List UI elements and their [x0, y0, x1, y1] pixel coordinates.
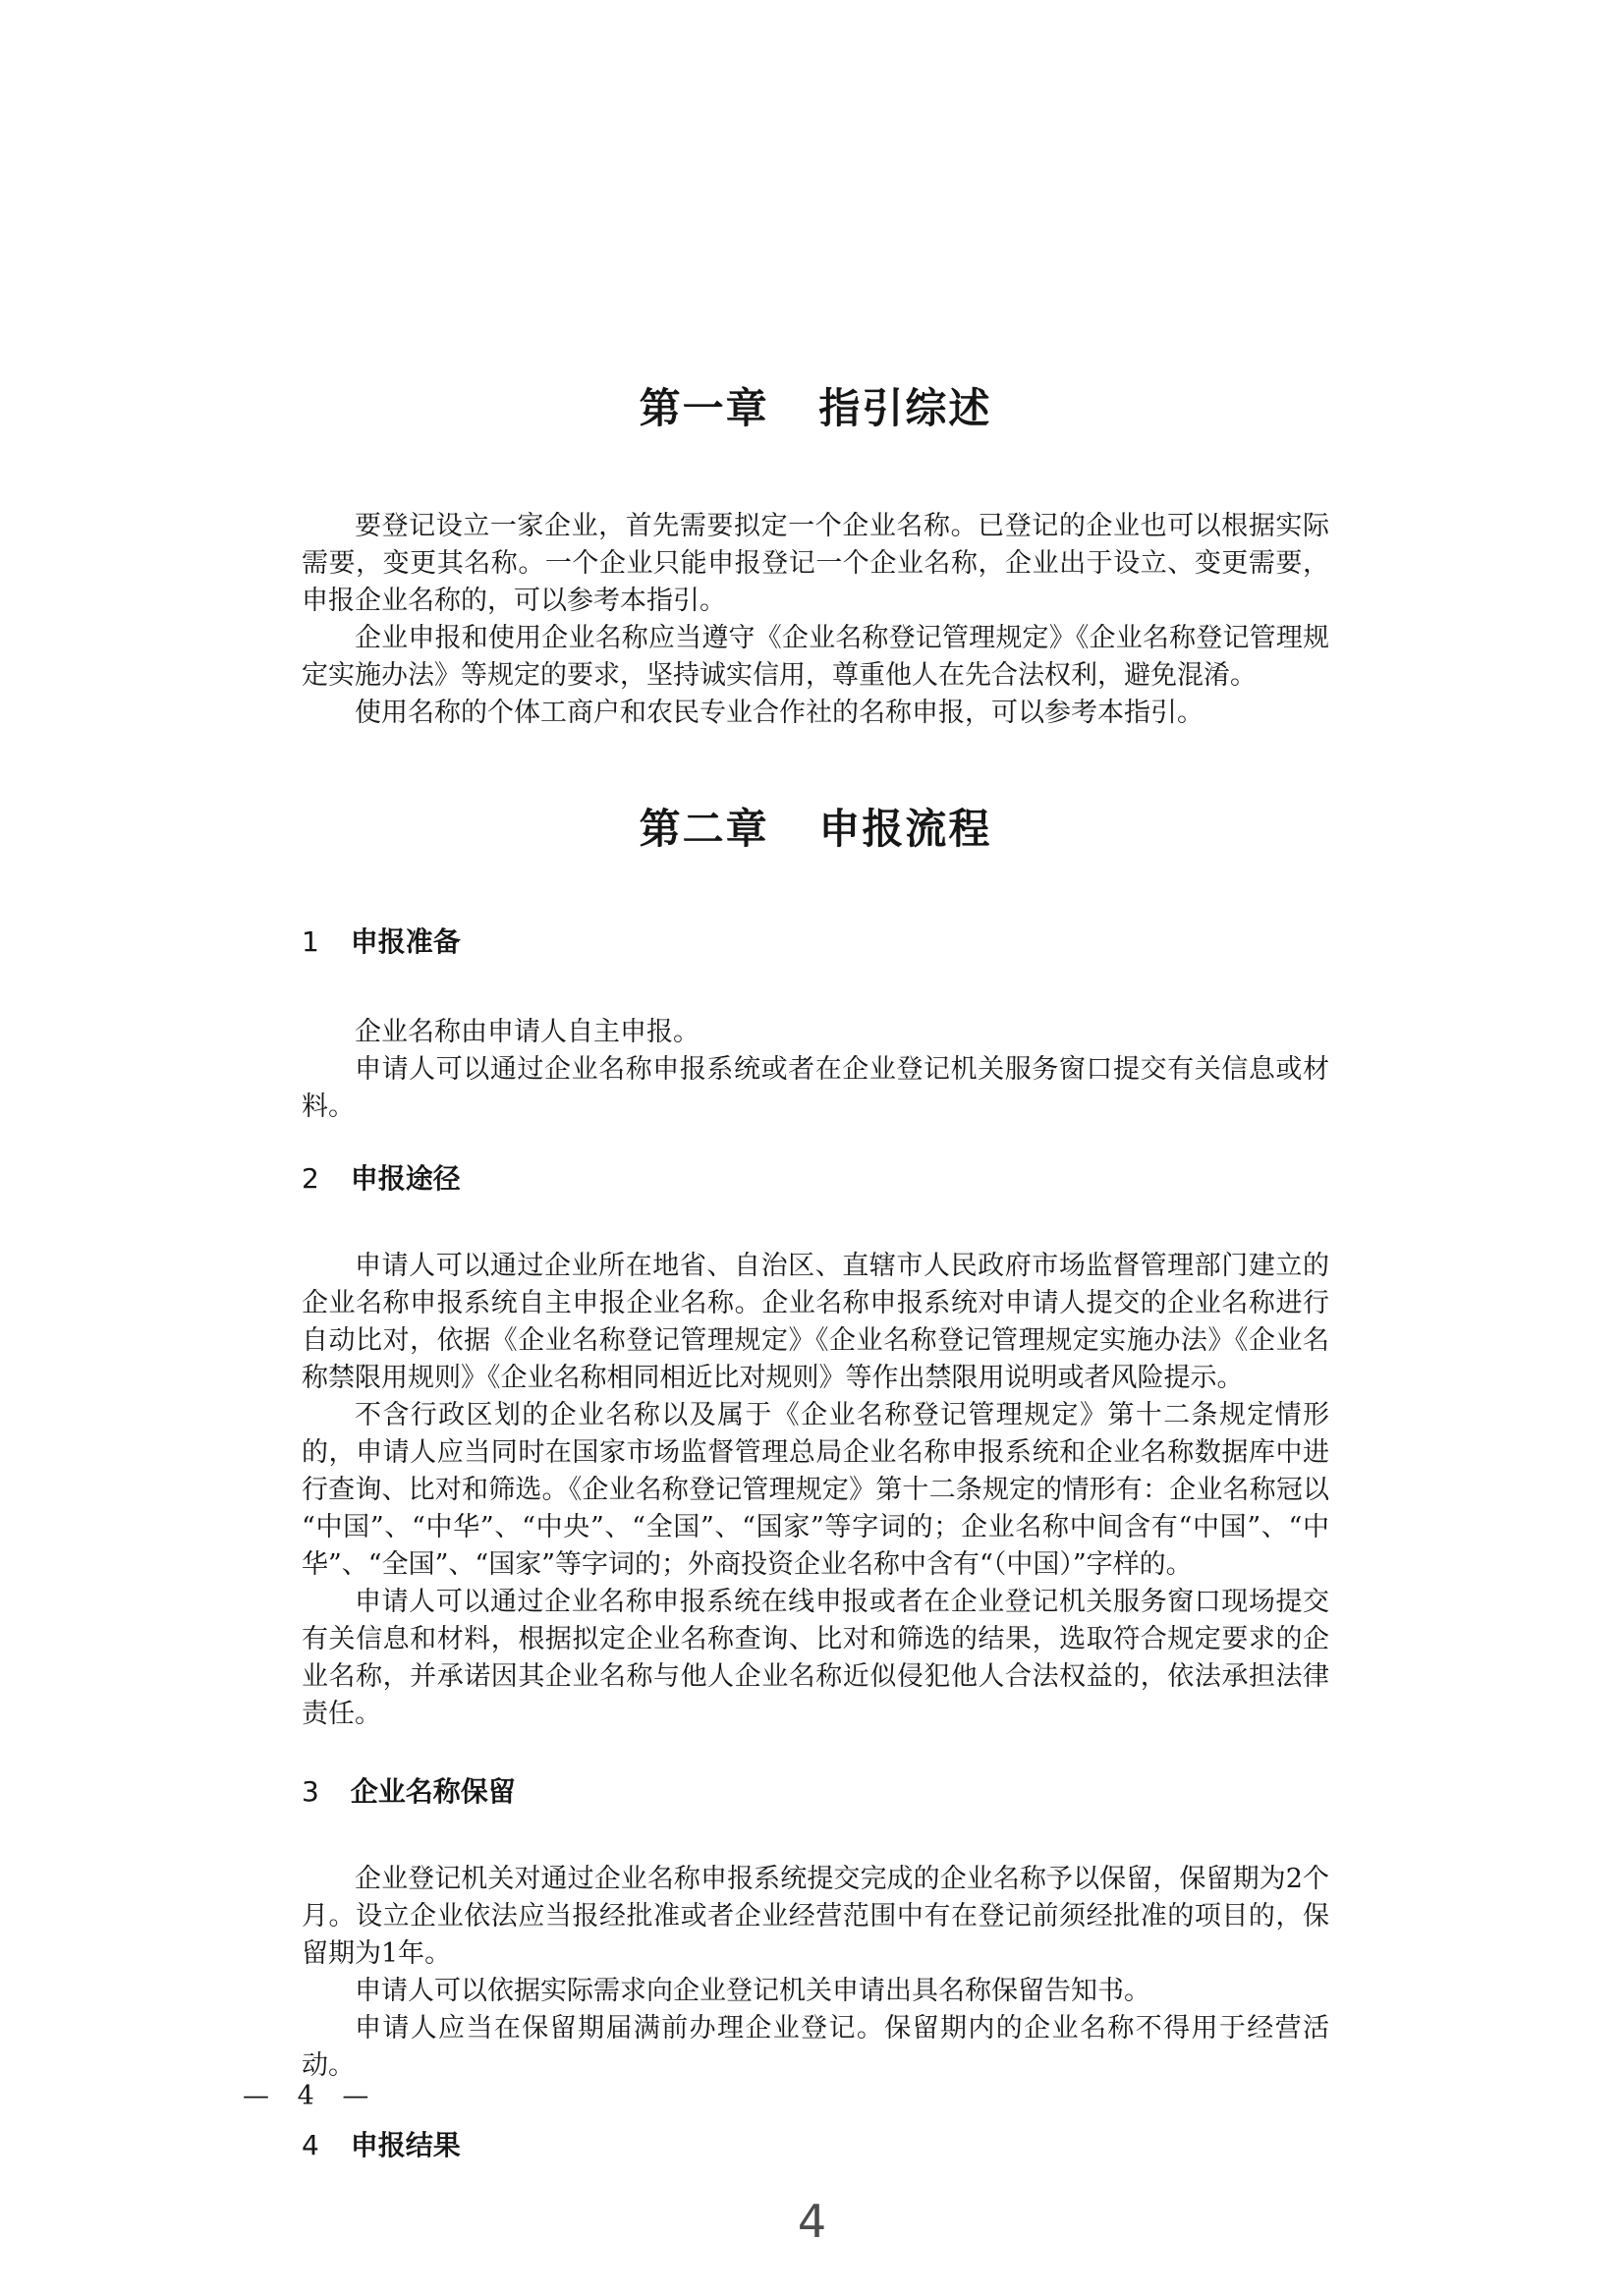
section-2-body: 申请人可以通过企业所在地省、自治区、直辖市人民政府市场监督管理部门建立的企业名称… [302, 1248, 1329, 1733]
page-content: 第一章 指引综述 要登记设立一家企业，首先需要拟定一个企业名称。已登记的企业也可… [302, 0, 1329, 2163]
section-3-body: 企业登记机关对通过企业名称申报系统提交完成的企业名称予以保留，保留期为2个月。设… [302, 1861, 1329, 2085]
section-3-title: 企业名称保留 [351, 1775, 516, 1808]
section-heading-2: 2 申报途径 [302, 1161, 1329, 1197]
paragraph: 企业登记机关对通过企业名称申报系统提交完成的企业名称予以保留，保留期为2个月。设… [302, 1861, 1329, 1973]
section-heading-4: 4 申报结果 [302, 2128, 1329, 2163]
section-3-number: 3 [302, 1774, 341, 1810]
section-2-number: 2 [302, 1161, 341, 1197]
footer-page-number: — 4 — [243, 2081, 374, 2111]
chapter-1-number: 第一章 [640, 384, 769, 432]
chapter-1-body: 要登记设立一家企业，首先需要拟定一个企业名称。已登记的企业也可以根据实际需要，变… [302, 508, 1329, 732]
section-1-title: 申报准备 [351, 925, 461, 958]
chapter-2-number: 第二章 [640, 805, 769, 853]
paragraph: 不含行政区划的企业名称以及属于《企业名称登记管理规定》第十二条规定情形的，申请人… [302, 1397, 1329, 1584]
section-2-title: 申报途径 [351, 1162, 461, 1195]
section-heading-3: 3 企业名称保留 [302, 1774, 1329, 1810]
paragraph: 要登记设立一家企业，首先需要拟定一个企业名称。已登记的企业也可以根据实际需要，变… [302, 508, 1329, 620]
chapter-2-heading: 第二章 申报流程 [302, 803, 1329, 856]
section-4-title: 申报结果 [351, 2129, 461, 2161]
section-1-body: 企业名称由申请人自主申报。 申请人可以通过企业名称申报系统或者在企业登记机关服务… [302, 1014, 1329, 1126]
section-1-number: 1 [302, 924, 341, 960]
section-4-number: 4 [302, 2128, 341, 2163]
chapter-1-name: 指引综述 [818, 384, 991, 432]
paragraph: 申请人可以通过企业名称申报系统或者在企业登记机关服务窗口提交有关信息或材料。 [302, 1051, 1329, 1126]
paragraph: 申请人应当在保留期届满前办理企业登记。保留期内的企业名称不得用于经营活动。 [302, 2010, 1329, 2085]
paragraph: 申请人可以通过企业名称申报系统在线申报或者在企业登记机关服务窗口现场提交有关信息… [302, 1584, 1329, 1733]
paragraph: 企业名称由申请人自主申报。 [302, 1014, 1329, 1051]
chapter-2-name: 申报流程 [818, 805, 991, 853]
paragraph: 使用名称的个体工商户和农民专业合作社的名称申报，可以参考本指引。 [302, 695, 1329, 732]
viewer-page-number: 4 [0, 2197, 1624, 2246]
paragraph: 申请人可以依据实际需求向企业登记机关申请出具名称保留告知书。 [302, 1973, 1329, 2010]
paragraph: 企业申报和使用企业名称应当遵守《企业名称登记管理规定》《企业名称登记管理规定实施… [302, 620, 1329, 695]
section-heading-1: 1 申报准备 [302, 924, 1329, 960]
chapter-1-heading: 第一章 指引综述 [302, 382, 1329, 435]
paragraph: 申请人可以通过企业所在地省、自治区、直辖市人民政府市场监督管理部门建立的企业名称… [302, 1248, 1329, 1397]
